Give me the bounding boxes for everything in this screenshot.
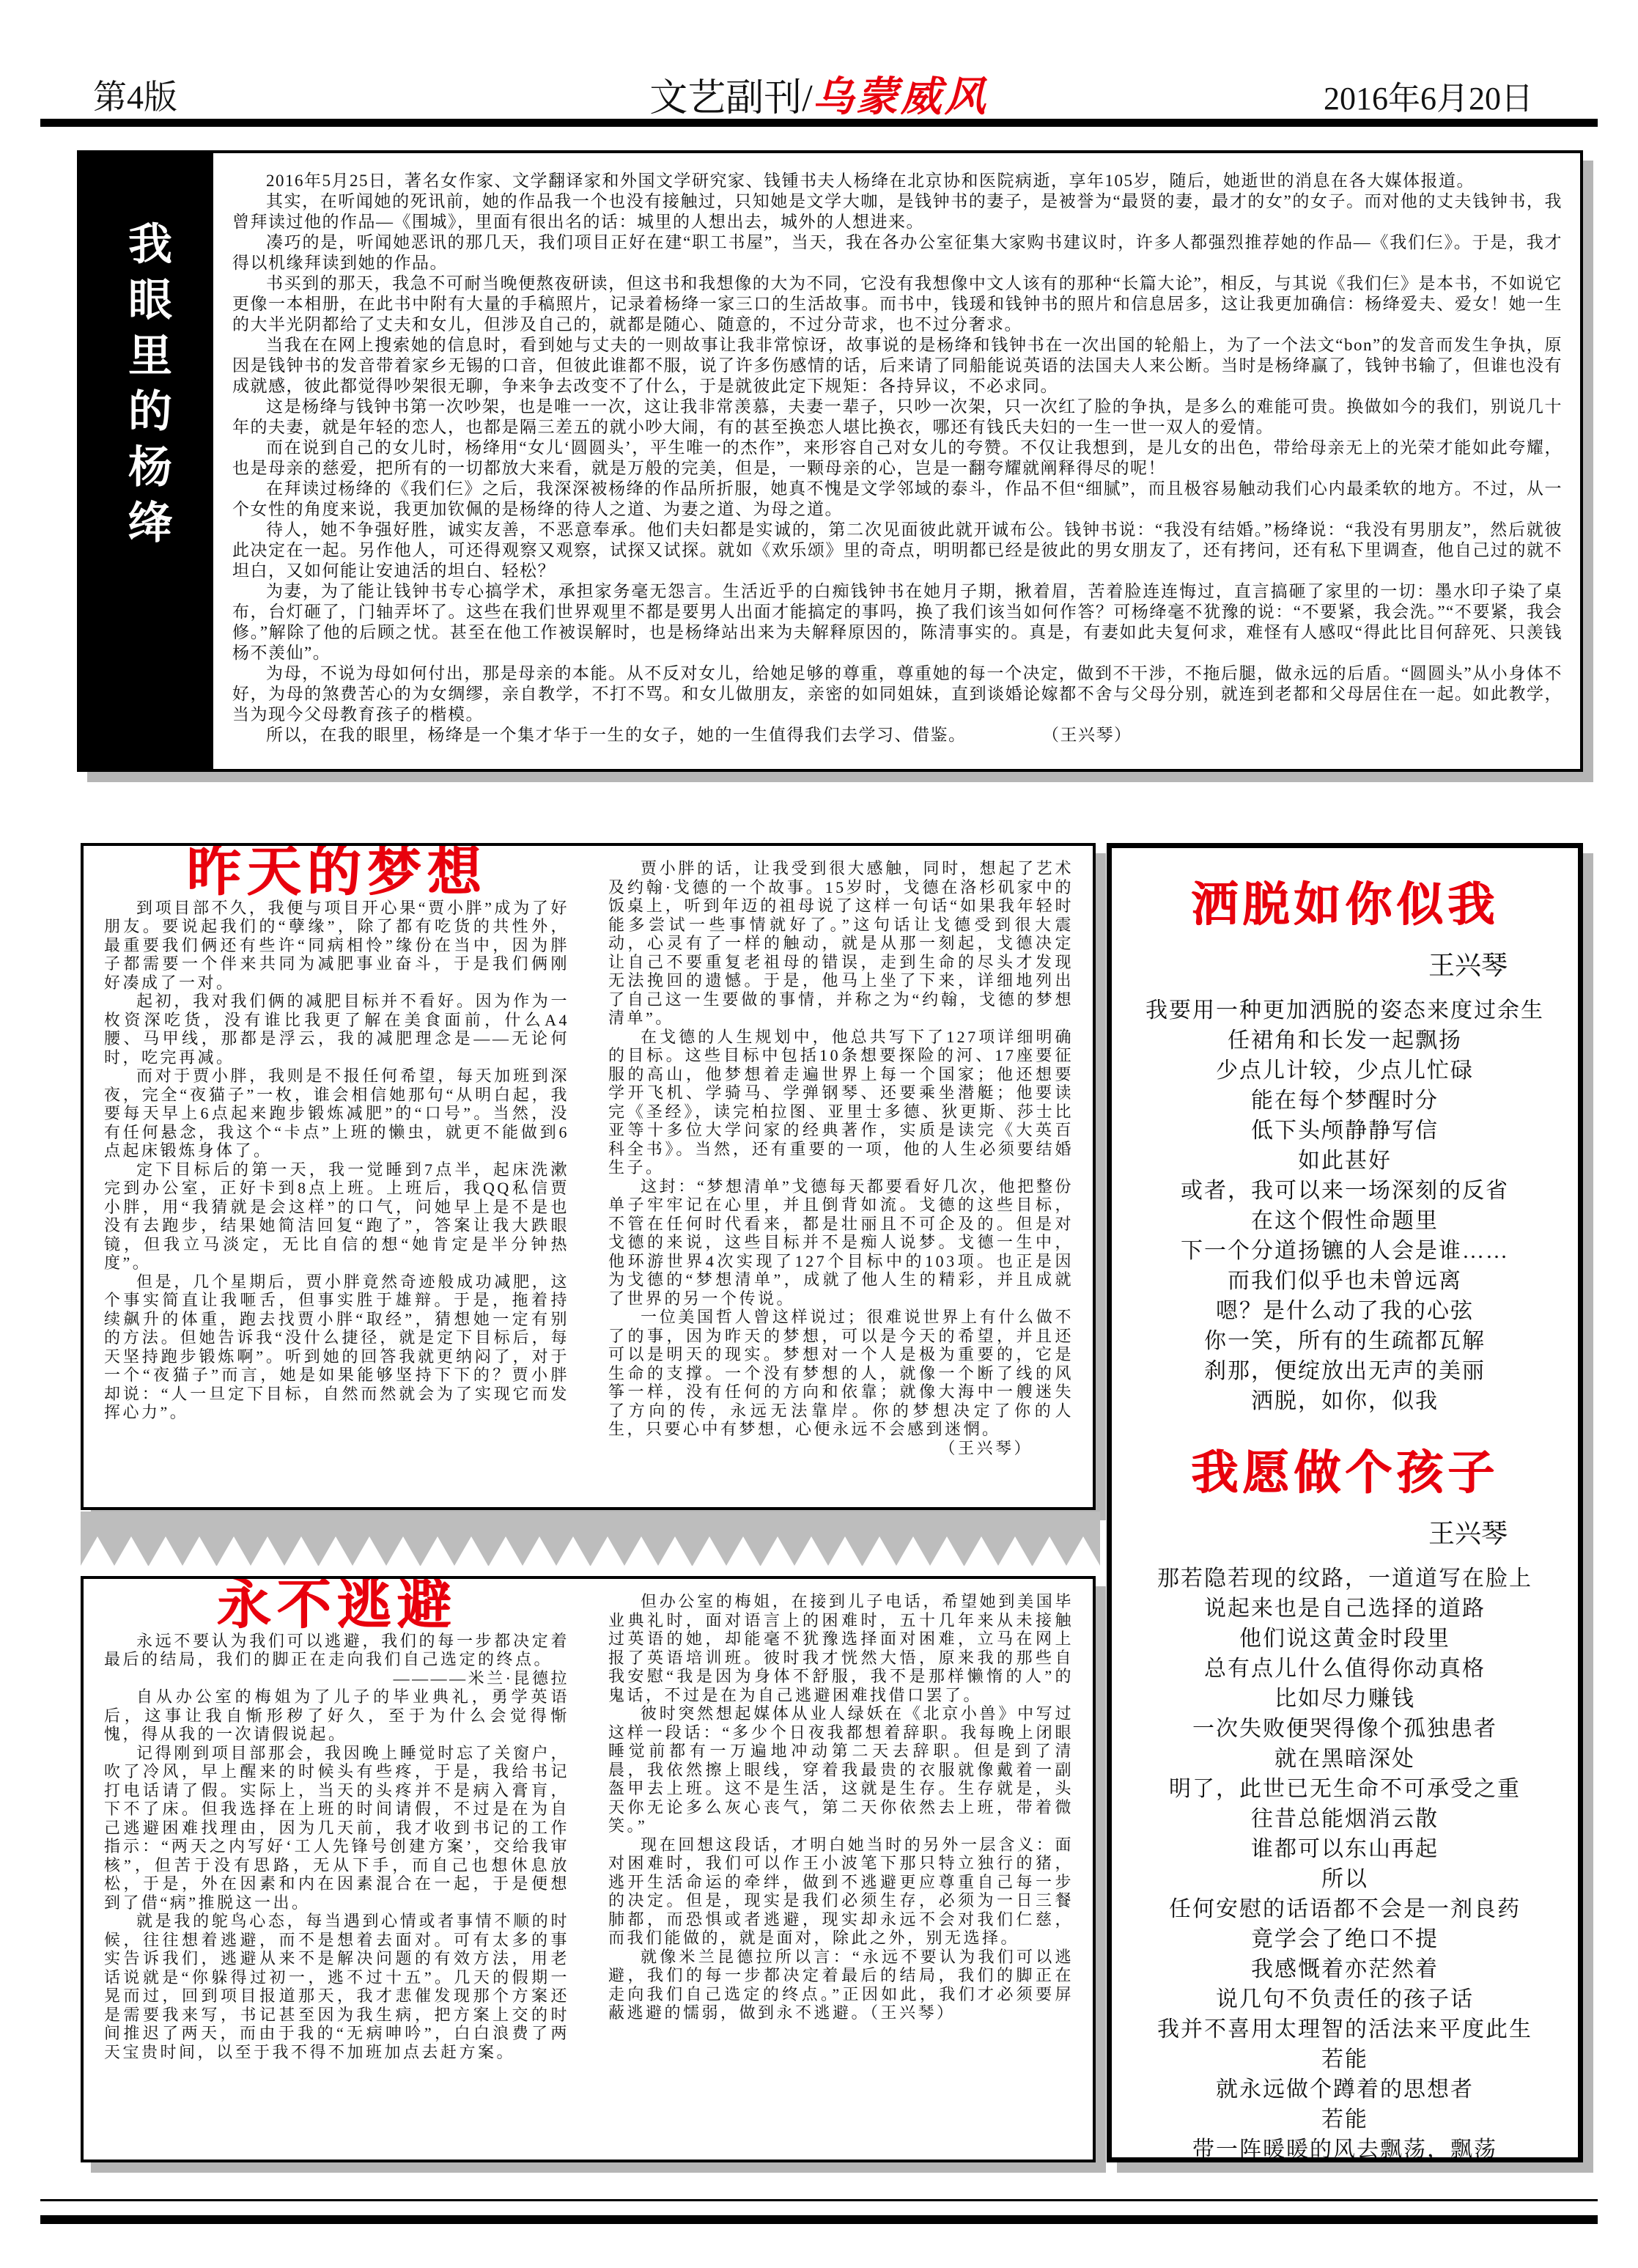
paragraph: 为妻，为了能让钱钟书专心搞学术，承担家务毫无怨言。生活近乎的白痴钱钟书在她月子期… (232, 581, 1563, 663)
poem-line: 或者，我可以来一场深刻的反省 (1112, 1176, 1578, 1206)
zigzag-tooth (726, 1536, 760, 1566)
page-header: 第4版 文艺副刊/乌蒙威风 2016年6月20日 (40, 65, 1598, 116)
byline: （王兴琴） (870, 2003, 956, 2022)
byline: （王兴琴） (608, 1439, 1074, 1458)
poem-line: 明了，此世已无生命不可承受之重 (1112, 1774, 1578, 1804)
poem-line: 而我们似乎也未曾远离 (1112, 1266, 1578, 1296)
zigzag-tooth (998, 1536, 1032, 1566)
masthead-section: 文艺副刊/ (649, 78, 812, 119)
zigzag-tooth (353, 1536, 386, 1566)
paragraph: 2016年5月25日，著名女作家、文学翻译家和外国文学研究家、钱锺书夫人杨绛在北… (232, 171, 1563, 191)
footer-rule-thin (40, 2199, 1598, 2201)
article-yangjiang-titlebar: 我眼里的杨绛 (80, 153, 213, 769)
header-rule (40, 119, 1598, 127)
paragraph: 自从办公室的梅姐为了儿子的毕业典礼，勇学英语后，这事让我自惭形秽了好久，至于为什… (104, 1687, 569, 1744)
poem-line: 总有点儿什么值得你动真格 (1112, 1654, 1578, 1684)
paragraph-text: 就像米兰昆德拉所以言：“永远不要认为我们可以逃避，我们的每一步都决定着最后的结局… (608, 1948, 1074, 2022)
paragraph: 记得刚到项目部那会，我因晚上睡觉时忘了关窗户，吹了冷风，早上醒来的时候头有些疼，… (104, 1744, 569, 1912)
poem2-author: 王兴琴 (1112, 1513, 1578, 1550)
paragraph: 待人，她不争强好胜，诚实友善，不恶意奉承。他们夫妇都是实诚的，第二次见面彼此就开… (232, 520, 1563, 581)
paragraph: 贾小胖的话，让我受到很大感触，同时，想起了艺术及约翰·戈德的一个故事。15岁时，… (608, 859, 1074, 1028)
poem1-author: 王兴琴 (1112, 945, 1578, 982)
paragraph: 在戈德的人生规划中，他总共写下了127项详细明确的目标。这些目标中包括10条想要… (608, 1028, 1074, 1177)
poem-line: 洒脱，如你，似我 (1112, 1386, 1578, 1416)
epigraph-author: ————米兰·昆德拉 (104, 1669, 569, 1688)
poem-line: 任裙角和长发一起飘扬 (1112, 1026, 1578, 1056)
zigzag-tooth (794, 1536, 828, 1566)
paragraph: 但是，几个星期后，贾小胖竟然奇迹般成功减肥，这个事实简直让我咂舌，但事实胜于雄辩… (104, 1273, 569, 1422)
article-neverescape-col1: 永不逃避 永远不要认为我们可以逃避，我们的每一步都决定着最后的结局，我们的脚正在… (104, 1592, 569, 2061)
poem-line: 能在每个梦醒时分 (1112, 1086, 1578, 1116)
zigzag-tooth (421, 1536, 454, 1566)
paragraph: 就是我的鸵鸟心态，每当遇到心情或者事情不顺的时候，往往想着逃避，而不是想着去面对… (104, 1912, 569, 2061)
poem-line: 他们说这黄金时段里 (1112, 1624, 1578, 1654)
poem-line: 一次失败便哭得像个孤独患者 (1112, 1714, 1578, 1744)
paragraph: 现在回想这段话，才明白她当时的另外一层含义：面对困难时，我们可以作王小波笔下那只… (608, 1836, 1074, 1948)
poem-line: 若能 (1112, 2105, 1578, 2135)
zigzag-tooth (251, 1536, 284, 1566)
article-neverescape-box: 永不逃避 永远不要认为我们可以逃避，我们的每一步都决定着最后的结局，我们的脚正在… (81, 1576, 1096, 2162)
paragraph: 而对于贾小胖，我则是不报任何希望，每天加班到深夜，完全“夜猫子”一枚，谁会相信她… (104, 1067, 569, 1160)
zigzag-tooth (658, 1536, 692, 1566)
poem-line: 就在黑暗深处 (1112, 1744, 1578, 1774)
paragraph: 一位美国哲人曾这样说过；很难说世界上有什么做不了的事，因为昨天的梦想，可以是今天… (608, 1308, 1074, 1439)
masthead-brand: 乌蒙威风 (813, 75, 989, 120)
article-yangjiang-box: 我眼里的杨绛 2016年5月25日，著名女作家、文学翻译家和外国文学研究家、钱锺… (77, 150, 1583, 772)
zigzag-tooth (863, 1536, 896, 1566)
poem-line: 下一个分道扬镳的人会是谁…… (1112, 1236, 1578, 1266)
article-yangjiang-title: 我眼里的杨绛 (115, 221, 178, 769)
article-neverescape-title: 永不逃避 (104, 1597, 569, 1616)
paragraph: 当我在在网上搜索她的信息时，看到她与丈夫的一则故事让我非常惊讶，故事说的是杨绛和… (232, 335, 1563, 397)
poem-line: 就永远做个蹲着的思想者 (1112, 2074, 1578, 2105)
zigzag-tooth (81, 1536, 114, 1566)
poem-line: 我要用一种更加洒脱的姿态来度过余生 (1112, 995, 1578, 1026)
poem-line: 谁都可以东山再起 (1112, 1834, 1578, 1864)
paragraph: 这是杨绛与钱钟书第一次吵架，也是唯一一次，这让我非常羡慕，夫妻一辈子，只吵一次架… (232, 397, 1563, 438)
byline: （王兴琴） (1051, 726, 1132, 744)
paragraph: 到项目部不久，我便与项目开心果“贾小胖”成为了好朋友。要说起我们的“孽缘”，除了… (104, 899, 569, 993)
paragraph: 其实，在听闻她的死讯前，她的作品我一个也没有接触过，只知她是文学大咖，是钱钟书的… (232, 191, 1563, 232)
zigzag-tooth (930, 1536, 964, 1566)
zigzag-tooth (828, 1536, 862, 1566)
newspaper-page: 第4版 文艺副刊/乌蒙威风 2016年6月20日 我眼里的杨绛 2016年5月2… (0, 0, 1638, 2268)
poem-line: 那若隐若现的纹路，一道道写在脸上 (1112, 1564, 1578, 1594)
zigzag-tooth (319, 1536, 353, 1566)
zigzag-tooth (591, 1536, 624, 1566)
poem-line: 说几句不负责任的孩子话 (1112, 1984, 1578, 2014)
issue-date: 2016年6月20日 (1324, 72, 1533, 119)
article-yangjiang-body: 2016年5月25日，著名女作家、文学翻译家和外国文学研究家、钱锺书夫人杨绛在北… (213, 153, 1580, 769)
poem-line: 带一阵暖暖的风去飘荡，飘荡 (1112, 2135, 1578, 2162)
zigzag-tooth (624, 1536, 658, 1566)
paragraph: 起初，我对我们俩的减肥目标并不看好。因为作为一枚资深吃货，没有谁比我更了解在美食… (104, 992, 569, 1067)
poem-line: 低下头颅静静写信 (1112, 1116, 1578, 1146)
footer-rule-thick (40, 2215, 1598, 2224)
zigzag-tooth (896, 1536, 930, 1566)
poem-line: 你一笑，所有的生疏都瓦解 (1112, 1326, 1578, 1356)
poem-line: 嗯？是什么动了我的心弦 (1112, 1296, 1578, 1326)
paragraph: 在拜读过杨绛的《我们仨》之后，我深深被杨绛的作品所折服，她真不愧是文学邻域的泰斗… (232, 479, 1563, 520)
poem-line: 刹那，便绽放出无声的美丽 (1112, 1356, 1578, 1386)
paragraph-text: 所以，在我的眼里，杨绛是一个集才华于一生的女子，她的一生值得我们去学习、借鉴。 (266, 726, 967, 744)
zigzag-tooth (114, 1536, 148, 1566)
poem-line: 比如尽力赚钱 (1112, 1684, 1578, 1714)
zigzag-divider (81, 1512, 1100, 1566)
article-neverescape-col2: 但办公室的梅姐，在接到儿子电话，希望她到美国毕业典礼时，面对语言上的困难时，五十… (608, 1592, 1074, 2022)
zigzag-tooth (523, 1536, 556, 1566)
poem-line: 竟学会了绝口不提 (1112, 1924, 1578, 1954)
poem2-title: 我愿做个孩子 (1112, 1435, 1578, 1503)
poem-line: 我并不喜用太理智的活法来平度此生 (1112, 2014, 1578, 2044)
zigzag-tooth (217, 1536, 251, 1566)
poem-line: 往昔总能烟消云散 (1112, 1804, 1578, 1834)
paragraph: 定下目标后的第一天，我一觉睡到7点半，起床洗漱完到办公室，正好卡到8点上班。上班… (104, 1160, 569, 1273)
poem-line: 少点儿计较，少点儿忙碌 (1112, 1056, 1578, 1086)
closing-paragraph: 就像米兰昆德拉所以言：“永远不要认为我们可以逃避，我们的每一步都决定着最后的结局… (608, 1948, 1074, 2022)
poem-line: 我感慨着亦茫然着 (1112, 1954, 1578, 1984)
article-dream-box: 昨天的梦想 到项目部不久，我便与项目开心果“贾小胖”成为了好朋友。要说起我们的“… (81, 843, 1096, 1510)
zigzag-tooth (182, 1536, 216, 1566)
zigzag-tooth (1066, 1536, 1100, 1566)
paragraph: 这封：“梦想清单”戈德每天都要看好几次，他把整份单子牢牢记在心里，并且倒背如流。… (608, 1177, 1074, 1308)
poem-line: 任何安慰的话语都不会是一剂良药 (1112, 1894, 1578, 1924)
zigzag-tooth (489, 1536, 523, 1566)
poems-box: 洒脱如你似我 王兴琴 我要用一种更加洒脱的姿态来度过余生 任裙角和长发一起飘扬 … (1107, 843, 1583, 2162)
article-dream-col2: 贾小胖的话，让我受到很大感触，同时，想起了艺术及约翰·戈德的一个故事。15岁时，… (608, 859, 1074, 1457)
zigzag-tooth (454, 1536, 488, 1566)
article-dream-col1: 昨天的梦想 到项目部不久，我便与项目开心果“贾小胖”成为了好朋友。要说起我们的“… (104, 859, 569, 1422)
zigzag-tooth (693, 1536, 726, 1566)
paragraph: 彼时突然想起媒体从业人绿妖在《北京小兽》中写过这样一段话：“多少个日夜我都想着辞… (608, 1704, 1074, 1836)
zigzag-tooth (964, 1536, 998, 1566)
zigzag-tooth (556, 1536, 590, 1566)
closing-paragraph: 所以，在我的眼里，杨绛是一个集才华于一生的女子，她的一生值得我们去学习、借鉴。（… (232, 725, 1563, 745)
zigzag-tooth (284, 1536, 318, 1566)
paragraph: 但办公室的梅姐，在接到儿子电话，希望她到美国毕业典礼时，面对语言上的困难时，五十… (608, 1592, 1074, 1704)
article-dream-title: 昨天的梦想 (104, 864, 569, 883)
paragraph: 凑巧的是，听闻她恶讯的那几天，我们项目正好在建“职工书屋”，当天，我在各办公室征… (232, 232, 1563, 273)
poem-line: 在这个假性命题里 (1112, 1206, 1578, 1236)
poem-line: 所以 (1112, 1864, 1578, 1894)
paragraph: 而在说到自己的女儿时，杨绛用“女儿‘圆圆头’，平生唯一的杰作”，来形容自己对女儿… (232, 438, 1563, 479)
epigraph: 永远不要认为我们可以逃避，我们的每一步都决定着最后的结局，我们的脚正在走向我们自… (104, 1632, 569, 1669)
paragraph: 书买到的那天，我急不可耐当晚便熬夜研读，但这书和我想像的大为不同，它没有我想像中… (232, 273, 1563, 335)
zigzag-tooth (1033, 1536, 1066, 1566)
zigzag-tooth (761, 1536, 794, 1566)
poem-line: 如此甚好 (1112, 1146, 1578, 1176)
poem-line: 说起来也是自己选择的道路 (1112, 1594, 1578, 1624)
zigzag-tooth (149, 1536, 182, 1566)
poem-line: 若能 (1112, 2044, 1578, 2074)
zigzag-tooth (386, 1536, 420, 1566)
paragraph: 为母，不说为母如何付出，那是母亲的本能。从不反对女儿，给她足够的尊重，尊重她的每… (232, 663, 1563, 725)
poem1-title: 洒脱如你似我 (1112, 867, 1578, 935)
